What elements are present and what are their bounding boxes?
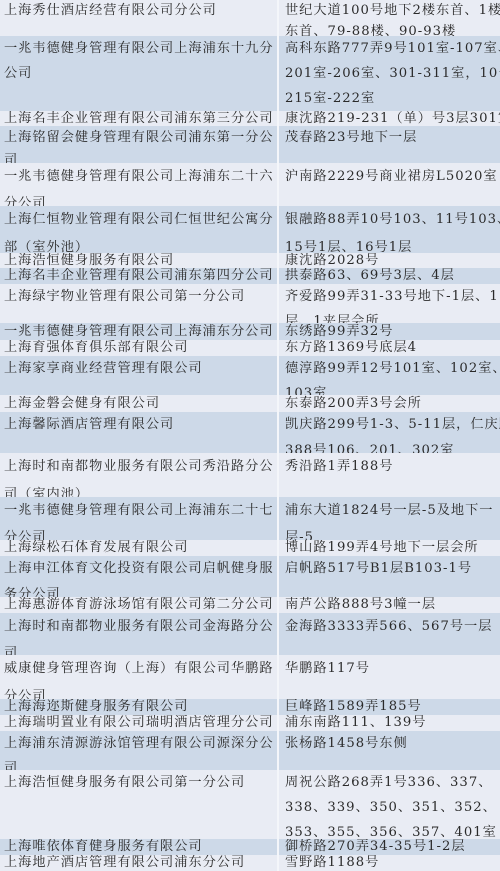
company-name-line: 上海瑞明置业有限公司瑞明酒店管理分公司 bbox=[4, 715, 277, 731]
company-name-line: 上海仁恒物业管理有限公司仁恒世纪公寓分 bbox=[4, 206, 277, 234]
company-name-line: 上海浦东清源游泳馆管理有限公司源深分公 bbox=[4, 731, 277, 756]
table-row: 上海时和南都物业服务有限公司秀沿路分公司（室内池）秀沿路1弄188号 bbox=[0, 453, 500, 497]
company-name-line: 上海海迩斯健身服务有限公司 bbox=[4, 699, 277, 715]
address-line: 浦东南路111、139号 bbox=[285, 715, 500, 731]
company-name-cell: 上海金磐会健身有限公司 bbox=[0, 395, 279, 412]
address-line: 388号106、201、302室 bbox=[285, 438, 500, 453]
table-row: 上海瑞明置业有限公司瑞明酒店管理分公司浦东南路111、139号 bbox=[0, 715, 500, 731]
address-cell: 雪野路1188号 bbox=[279, 855, 500, 871]
address-cell: 德淳路99弄12号101室、102室、103室 bbox=[279, 356, 500, 395]
address-line: 御桥路270弄34-35号1-2层 bbox=[285, 839, 500, 855]
address-cell: 东方路1369号底层4 bbox=[279, 340, 500, 356]
company-name-line: 一兆韦德健身管理有限公司上海浦东二十六 bbox=[4, 163, 277, 190]
company-name-cell: 上海秀仕酒店经营有限公司分公司 bbox=[0, 0, 279, 36]
company-name-line: 上海时和南都物业服务有限公司秀沿路分公 bbox=[4, 453, 277, 481]
address-line: 华鹏路117号 bbox=[285, 655, 500, 683]
table-row: 上海铭留会健身管理有限公司浦东第一分公司茂春路23号地下一层 bbox=[0, 126, 500, 163]
address-line: 雪野路1188号 bbox=[285, 855, 500, 871]
company-name-cell: 上海仁恒物业管理有限公司仁恒世纪公寓分部（室外池） bbox=[0, 206, 279, 253]
company-name-line: 上海名丰企业管理有限公司浦东第三分公司 bbox=[4, 111, 277, 126]
company-name-line: 司 bbox=[4, 149, 277, 163]
company-name-line: 分公司 bbox=[4, 524, 277, 540]
company-name-line: 上海育强体育俱乐部有限公司 bbox=[4, 340, 277, 356]
company-name-line: 上海唯依体育健身服务有限公司 bbox=[4, 839, 277, 855]
company-name-cell: 一兆韦德健身管理有限公司上海浦东十九分公司 bbox=[0, 36, 279, 111]
address-cell: 高科东路777弄9号101室-107室、201室-206室、301-311室，1… bbox=[279, 36, 500, 111]
address-cell: 东绣路99弄32号 bbox=[279, 323, 500, 340]
address-line: 南芦公路888号3幢一层 bbox=[285, 597, 500, 613]
company-name-cell: 上海绿松石体育发展有限公司 bbox=[0, 540, 279, 556]
company-name-cell: 上海时和南都物业服务有限公司金海路分公司 bbox=[0, 613, 279, 655]
table-row: 一兆韦德健身管理有限公司上海浦东二十六分公司沪南路2229号商业裙房L5020室 bbox=[0, 163, 500, 206]
address-line: 德淳路99弄12号101室、102室、 bbox=[285, 356, 500, 381]
address-cell: 浦东大道1824号一层-5及地下一层-5 bbox=[279, 497, 500, 540]
company-name-line: 上海申江体育文化投资有限公司启帆健身服 bbox=[4, 556, 277, 582]
table-row: 一兆韦德健身管理有限公司上海浦东分公司东绣路99弄32号 bbox=[0, 323, 500, 340]
company-name-cell: 上海申江体育文化投资有限公司启帆健身服务分公司 bbox=[0, 556, 279, 597]
table-row: 上海浩恒健身服务有限公司康沈路2028号 bbox=[0, 253, 500, 268]
address-cell: 南芦公路888号3幢一层 bbox=[279, 597, 500, 613]
address-cell: 启帆路517号B1层B103-1号 bbox=[279, 556, 500, 597]
company-name-cell: 上海浩恒健身服务有限公司 bbox=[0, 253, 279, 268]
address-line: 东首、79-88楼、90-93楼 bbox=[285, 21, 500, 36]
company-name-cell: 上海铭留会健身管理有限公司浦东第一分公司 bbox=[0, 126, 279, 163]
address-line: 15号1层、16号1层 bbox=[285, 234, 500, 253]
company-name-line: 务分公司 bbox=[4, 582, 277, 597]
company-name-line: 上海金磐会健身有限公司 bbox=[4, 395, 277, 412]
table-row: 上海名丰企业管理有限公司浦东第三分公司康沈路219-231（单）号3层301室 bbox=[0, 111, 500, 126]
address-cell: 世纪大道100号地下2楼东首、1楼东首、79-88楼、90-93楼 bbox=[279, 0, 500, 36]
address-cell: 康沈路219-231（单）号3层301室 bbox=[279, 111, 500, 126]
company-name-cell: 上海育强体育俱乐部有限公司 bbox=[0, 340, 279, 356]
address-cell: 银融路88弄10号103、11号103、15号1层、16号1层 bbox=[279, 206, 500, 253]
company-name-line: 公司 bbox=[4, 61, 277, 86]
address-cell: 华鹏路117号 bbox=[279, 655, 500, 699]
address-line: 金海路3333弄566、567号一层 bbox=[285, 613, 500, 640]
company-name-cell: 上海馨际酒店管理有限公司 bbox=[0, 412, 279, 453]
address-cell: 齐爱路99弄31-33号地下-1层、1层、1夹层会所 bbox=[279, 284, 500, 323]
address-line: 秀沿路1弄188号 bbox=[285, 453, 500, 481]
company-name-line: 一兆韦德健身管理有限公司上海浦东二十七 bbox=[4, 497, 277, 524]
company-name-line: 分公司 bbox=[4, 683, 277, 699]
address-line: 沪南路2229号商业裙房L5020室 bbox=[285, 163, 500, 190]
address-line: 东绣路99弄32号 bbox=[285, 323, 500, 340]
address-line: 拱泰路63、69号3层、4层 bbox=[285, 268, 500, 284]
company-name-cell: 上海浦东清源游泳馆管理有限公司源深分公司 bbox=[0, 731, 279, 770]
table-row: 上海家享商业经营管理有限公司德淳路99弄12号101室、102室、103室 bbox=[0, 356, 500, 395]
company-name-line: 分公司 bbox=[4, 190, 277, 206]
table-row: 威康健身管理咨询（上海）有限公司华鹏路分公司华鹏路117号 bbox=[0, 655, 500, 699]
company-name-line: 部（室外池） bbox=[4, 234, 277, 253]
table-row: 上海秀仕酒店经营有限公司分公司世纪大道100号地下2楼东首、1楼东首、79-88… bbox=[0, 0, 500, 36]
address-cell: 秀沿路1弄188号 bbox=[279, 453, 500, 497]
company-name-line: 威康健身管理咨询（上海）有限公司华鹏路 bbox=[4, 655, 277, 683]
company-name-line: 司（室内池） bbox=[4, 481, 277, 497]
company-name-cell: 一兆韦德健身管理有限公司上海浦东二十六分公司 bbox=[0, 163, 279, 206]
company-name-cell: 上海唯依体育健身服务有限公司 bbox=[0, 839, 279, 855]
address-line: 215室-222室 bbox=[285, 86, 500, 111]
company-name-line: 上海家享商业经营管理有限公司 bbox=[4, 356, 277, 381]
company-name-cell: 威康健身管理咨询（上海）有限公司华鹏路分公司 bbox=[0, 655, 279, 699]
address-line: 世纪大道100号地下2楼东首、1楼 bbox=[285, 0, 500, 21]
address-line: 凯庆路299号1-3、5-11层，仁庆路 bbox=[285, 412, 500, 438]
table-row: 上海名丰企业管理有限公司浦东第四分公司拱泰路63、69号3层、4层 bbox=[0, 268, 500, 284]
company-name-line: 上海绿宇物业管理有限公司第一分公司 bbox=[4, 284, 277, 309]
address-line: 康沈路2028号 bbox=[285, 253, 500, 268]
address-cell: 茂春路23号地下一层 bbox=[279, 126, 500, 163]
table-row: 上海地产酒店管理有限公司浦东分公司雪野路1188号 bbox=[0, 855, 500, 871]
company-name-cell: 上海瑞明置业有限公司瑞明酒店管理分公司 bbox=[0, 715, 279, 731]
company-name-cell: 上海时和南都物业服务有限公司秀沿路分公司（室内池） bbox=[0, 453, 279, 497]
address-line: 齐爱路99弄31-33号地下-1层、1 bbox=[285, 284, 500, 309]
company-name-line: 上海名丰企业管理有限公司浦东第四分公司 bbox=[4, 268, 277, 284]
table-row: 上海育强体育俱乐部有限公司东方路1369号底层4 bbox=[0, 340, 500, 356]
address-cell: 浦东南路111、139号 bbox=[279, 715, 500, 731]
company-name-line: 上海馨际酒店管理有限公司 bbox=[4, 412, 277, 438]
address-line: 浦东大道1824号一层-5及地下一 bbox=[285, 497, 500, 524]
company-name-cell: 一兆韦德健身管理有限公司上海浦东二十七分公司 bbox=[0, 497, 279, 540]
address-cell: 张杨路1458号东侧 bbox=[279, 731, 500, 770]
table-row: 一兆韦德健身管理有限公司上海浦东二十七分公司浦东大道1824号一层-5及地下一层… bbox=[0, 497, 500, 540]
address-cell: 东泰路200弄3号会所 bbox=[279, 395, 500, 412]
address-line: 博山路199弄4号地下一层会所 bbox=[285, 540, 500, 556]
table-row: 一兆韦德健身管理有限公司上海浦东十九分公司高科东路777弄9号101室-107室… bbox=[0, 36, 500, 111]
address-line: 康沈路219-231（单）号3层301室 bbox=[285, 111, 500, 126]
company-name-line: 上海秀仕酒店经营有限公司分公司 bbox=[4, 0, 277, 21]
company-name-cell: 一兆韦德健身管理有限公司上海浦东分公司 bbox=[0, 323, 279, 340]
address-cell: 康沈路2028号 bbox=[279, 253, 500, 268]
company-name-cell: 上海地产酒店管理有限公司浦东分公司 bbox=[0, 855, 279, 871]
address-line: 巨峰路1589弄185号 bbox=[285, 699, 500, 715]
company-name-line: 上海时和南都物业服务有限公司金海路分公 bbox=[4, 613, 277, 640]
table-row: 上海时和南都物业服务有限公司金海路分公司金海路3333弄566、567号一层 bbox=[0, 613, 500, 655]
address-cell: 御桥路270弄34-35号1-2层 bbox=[279, 839, 500, 855]
table-row: 上海金磐会健身有限公司东泰路200弄3号会所 bbox=[0, 395, 500, 412]
table-row: 上海唯依体育健身服务有限公司御桥路270弄34-35号1-2层 bbox=[0, 839, 500, 855]
company-name-line: 上海惠游体育游泳场馆有限公司第二分公司 bbox=[4, 597, 277, 613]
address-line: 启帆路517号B1层B103-1号 bbox=[285, 556, 500, 582]
table-row: 上海海迩斯健身服务有限公司巨峰路1589弄185号 bbox=[0, 699, 500, 715]
company-name-cell: 上海家享商业经营管理有限公司 bbox=[0, 356, 279, 395]
company-name-cell: 上海惠游体育游泳场馆有限公司第二分公司 bbox=[0, 597, 279, 613]
table-row: 上海浦东清源游泳馆管理有限公司源深分公司张杨路1458号东侧 bbox=[0, 731, 500, 770]
address-line: 层、1夹层会所 bbox=[285, 309, 500, 323]
company-name-line: 一兆韦德健身管理有限公司上海浦东十九分 bbox=[4, 36, 277, 61]
address-line: 高科东路777弄9号101室-107室、 bbox=[285, 36, 500, 61]
company-name-cell: 上海名丰企业管理有限公司浦东第四分公司 bbox=[0, 268, 279, 284]
address-cell: 博山路199弄4号地下一层会所 bbox=[279, 540, 500, 556]
address-line: 353、355、356、357、401室 bbox=[285, 820, 500, 839]
address-line: 周祝公路268弄1号336、337、 bbox=[285, 770, 500, 795]
company-name-line: 上海绿松石体育发展有限公司 bbox=[4, 540, 277, 556]
address-cell: 凯庆路299号1-3、5-11层，仁庆路388号106、201、302室 bbox=[279, 412, 500, 453]
company-name-line: 司 bbox=[4, 756, 277, 770]
address-cell: 巨峰路1589弄185号 bbox=[279, 699, 500, 715]
address-cell: 周祝公路268弄1号336、337、338、339、350、351、352、35… bbox=[279, 770, 500, 839]
table-row: 上海申江体育文化投资有限公司启帆健身服务分公司启帆路517号B1层B103-1号 bbox=[0, 556, 500, 597]
company-name-line: 司 bbox=[4, 640, 277, 655]
table-row: 上海仁恒物业管理有限公司仁恒世纪公寓分部（室外池）银融路88弄10号103、11… bbox=[0, 206, 500, 253]
address-line: 201室-206室、301-311室，10号 bbox=[285, 61, 500, 86]
company-name-line: 上海浩恒健身服务有限公司 bbox=[4, 253, 277, 268]
address-cell: 金海路3333弄566、567号一层 bbox=[279, 613, 500, 655]
table-row: 上海绿宇物业管理有限公司第一分公司齐爱路99弄31-33号地下-1层、1层、1夹… bbox=[0, 284, 500, 323]
company-name-line: 上海铭留会健身管理有限公司浦东第一分公 bbox=[4, 126, 277, 149]
company-name-cell: 上海名丰企业管理有限公司浦东第三分公司 bbox=[0, 111, 279, 126]
venue-table: 上海秀仕酒店经营有限公司分公司世纪大道100号地下2楼东首、1楼东首、79-88… bbox=[0, 0, 500, 871]
company-name-cell: 上海浩恒健身服务有限公司第一分公司 bbox=[0, 770, 279, 839]
address-line: 东方路1369号底层4 bbox=[285, 340, 500, 356]
address-line: 338、339、350、351、352、 bbox=[285, 795, 500, 820]
company-name-cell: 上海海迩斯健身服务有限公司 bbox=[0, 699, 279, 715]
address-line: 103室 bbox=[285, 381, 500, 395]
address-line: 茂春路23号地下一层 bbox=[285, 126, 500, 149]
table-row: 上海馨际酒店管理有限公司凯庆路299号1-3、5-11层，仁庆路388号106、… bbox=[0, 412, 500, 453]
company-name-cell: 上海绿宇物业管理有限公司第一分公司 bbox=[0, 284, 279, 323]
address-line: 东泰路200弄3号会所 bbox=[285, 395, 500, 412]
company-name-line: 上海地产酒店管理有限公司浦东分公司 bbox=[4, 855, 277, 871]
company-name-line: 一兆韦德健身管理有限公司上海浦东分公司 bbox=[4, 323, 277, 340]
company-name-line: 上海浩恒健身服务有限公司第一分公司 bbox=[4, 770, 277, 795]
address-cell: 沪南路2229号商业裙房L5020室 bbox=[279, 163, 500, 206]
table-row: 上海绿松石体育发展有限公司博山路199弄4号地下一层会所 bbox=[0, 540, 500, 556]
address-cell: 拱泰路63、69号3层、4层 bbox=[279, 268, 500, 284]
address-line: 层-5 bbox=[285, 524, 500, 540]
table-row: 上海惠游体育游泳场馆有限公司第二分公司南芦公路888号3幢一层 bbox=[0, 597, 500, 613]
table-row: 上海浩恒健身服务有限公司第一分公司周祝公路268弄1号336、337、338、3… bbox=[0, 770, 500, 839]
address-line: 银融路88弄10号103、11号103、 bbox=[285, 206, 500, 234]
address-line: 张杨路1458号东侧 bbox=[285, 731, 500, 756]
